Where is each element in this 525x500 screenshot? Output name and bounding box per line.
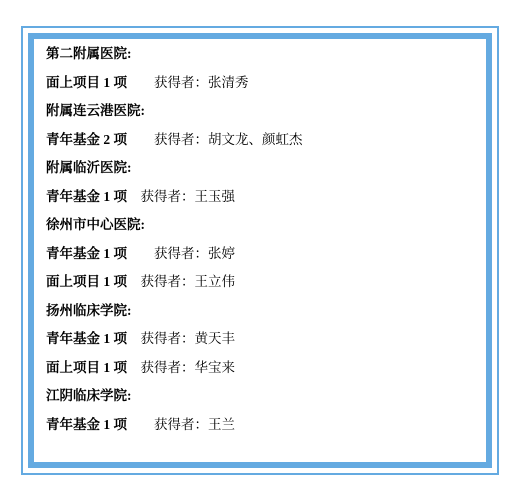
grant-label: 青年基金 1 项 [46,417,127,432]
section-heading: 附属临沂医院: [46,154,474,183]
grant-gap [127,274,141,289]
grant-gap [127,75,154,90]
grant-recipient: 获得者：黄天丰 [141,331,236,346]
grant-label: 青年基金 2 项 [46,132,127,147]
section-heading: 第二附属医院: [46,40,474,69]
grant-label: 面上项目 1 项 [46,75,127,90]
hospital-name: 附属连云港医院: [46,103,145,118]
grant-gap [127,331,141,346]
hospital-name: 徐州市中心医院: [46,217,145,232]
grant-recipient: 获得者：王兰 [154,417,235,432]
section-heading: 附属连云港医院: [46,97,474,126]
grant-gap [127,246,154,261]
document-page: 第二附属医院: 面上项目 1 项 获得者：张清秀 附属连云港医院: 青年基金 2… [0,0,525,500]
grant-line: 青年基金 1 项 获得者：黄天丰 [46,325,474,354]
grant-recipient: 获得者：张婷 [154,246,235,261]
grant-label: 青年基金 1 项 [46,331,127,346]
grant-line: 青年基金 1 项 获得者：王玉强 [46,183,474,212]
grant-line: 青年基金 1 项 获得者：张婷 [46,240,474,269]
grant-line: 面上项目 1 项 获得者：王立伟 [46,268,474,297]
grant-label: 面上项目 1 项 [46,274,127,289]
grant-gap [127,132,154,147]
section-heading: 徐州市中心医院: [46,211,474,240]
hospital-name: 扬州临床学院: [46,303,132,318]
grant-line: 青年基金 1 项 获得者：王兰 [46,411,474,440]
document-outer-border: 第二附属医院: 面上项目 1 项 获得者：张清秀 附属连云港医院: 青年基金 2… [21,26,499,475]
document-content: 第二附属医院: 面上项目 1 项 获得者：张清秀 附属连云港医院: 青年基金 2… [46,39,474,439]
grant-recipient: 获得者：王立伟 [141,274,236,289]
document-inner-border: 第二附属医院: 面上项目 1 项 获得者：张清秀 附属连云港医院: 青年基金 2… [28,33,492,468]
hospital-name: 第二附属医院: [46,46,132,61]
grant-line: 面上项目 1 项 获得者：华宝来 [46,354,474,383]
section-heading: 江阴临床学院: [46,382,474,411]
grant-recipient: 获得者：华宝来 [141,360,236,375]
grant-label: 青年基金 1 项 [46,189,127,204]
grant-label: 面上项目 1 项 [46,360,127,375]
grant-recipient: 获得者：张清秀 [154,75,249,90]
section-heading: 扬州临床学院: [46,297,474,326]
hospital-name: 附属临沂医院: [46,160,132,175]
grant-gap [127,360,141,375]
grant-label: 青年基金 1 项 [46,246,127,261]
grant-line: 青年基金 2 项 获得者：胡文龙、颜虹杰 [46,126,474,155]
grant-recipient: 获得者：王玉强 [141,189,236,204]
grant-gap [127,417,154,432]
hospital-name: 江阴临床学院: [46,388,132,403]
grant-recipient: 获得者：胡文龙、颜虹杰 [154,132,303,147]
grant-gap [127,189,141,204]
grant-line: 面上项目 1 项 获得者：张清秀 [46,69,474,98]
